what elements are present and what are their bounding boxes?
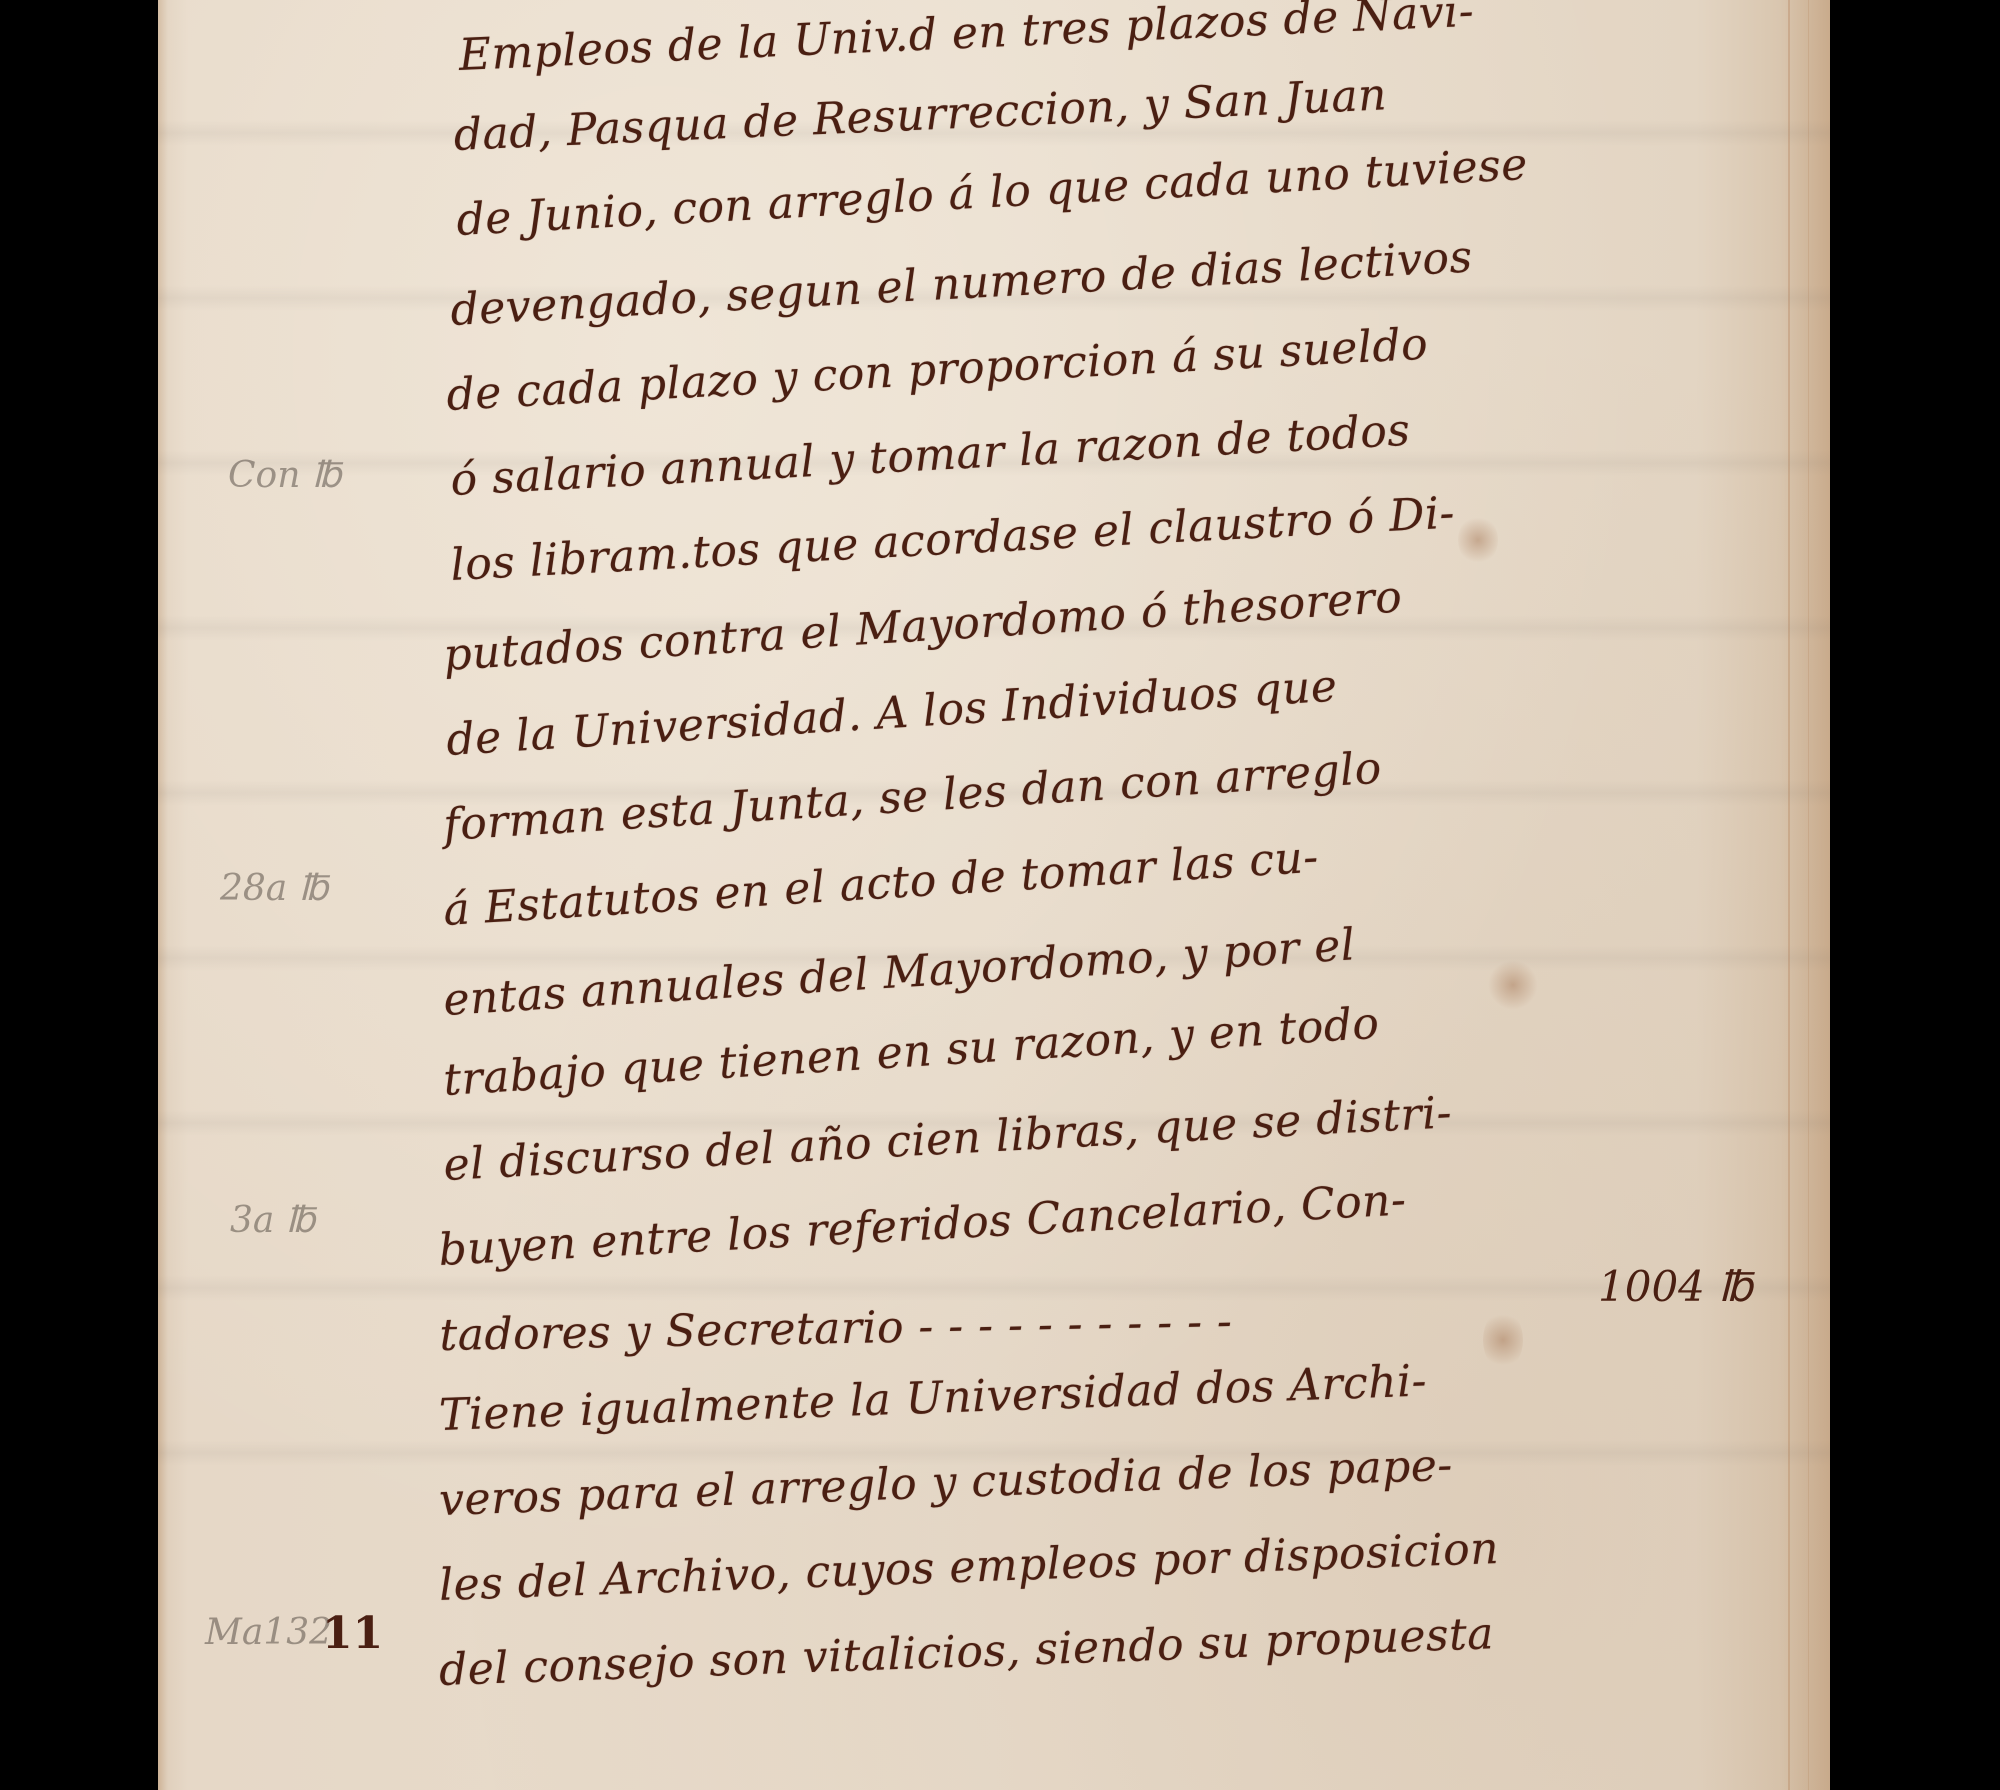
margin-note-left: 28a ℔	[220, 868, 328, 909]
margin-note-left-dark: 11	[322, 1608, 383, 1659]
margin-sum-right: 1004 ℔	[1598, 1262, 1753, 1311]
black-border-right	[1830, 0, 2000, 1790]
page-fold-line	[1788, 0, 1790, 1790]
bleed-through	[158, 1275, 1830, 1301]
ink-stain	[1483, 1310, 1523, 1370]
margin-note-left: Ma132	[205, 1612, 332, 1653]
margin-note-left: 3a ℔	[230, 1200, 315, 1241]
black-border-left	[0, 0, 158, 1790]
margin-note-left: Con ℔	[228, 455, 341, 496]
ink-stain	[1458, 515, 1498, 565]
page-fold-line-secondary	[1808, 0, 1809, 1790]
